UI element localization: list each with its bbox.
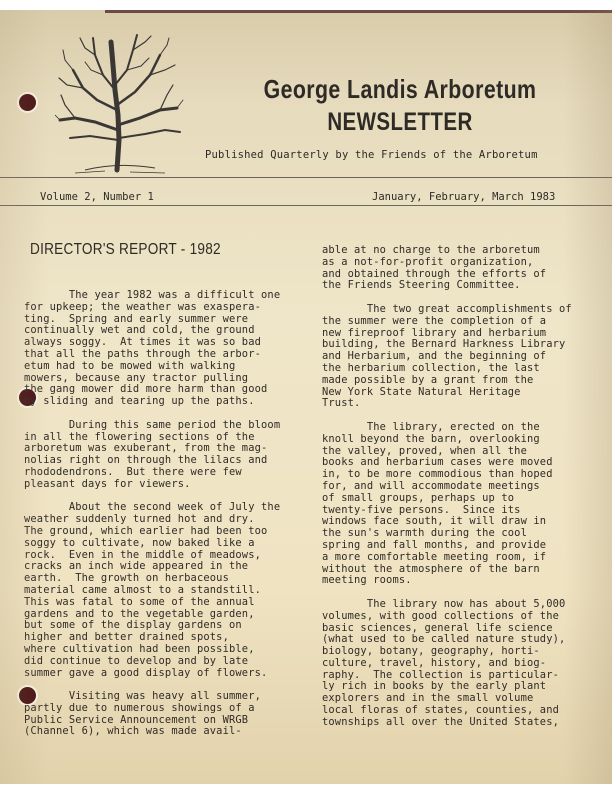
text-line: where cultivation had been possible, xyxy=(24,644,280,656)
divider-bottom xyxy=(0,205,612,206)
issue-volume: Volume 2, Number 1 xyxy=(40,191,154,203)
article-paragraph: able at no charge to the arboretumas a n… xyxy=(322,245,572,292)
text-line: Trust. xyxy=(322,398,572,410)
text-line: the summer were the completion of a xyxy=(322,316,572,328)
text-line: During this same period the bloom xyxy=(24,420,280,432)
text-line: did continue to develop and by late xyxy=(24,656,280,668)
text-line: This was fatal to some of the annual xyxy=(24,597,280,609)
bare-tree-icon xyxy=(55,30,185,180)
newsletter-title: NEWSLETTER xyxy=(236,108,564,137)
text-line: knoll beyond the barn, overlooking xyxy=(322,434,572,446)
text-line: material came almost to a standstill. xyxy=(24,585,280,597)
issue-date: January, February, March 1983 xyxy=(372,191,555,203)
masthead-subtitle: Published Quarterly by the Friends of th… xyxy=(205,149,538,161)
text-line: townships all over the United States, xyxy=(322,717,572,729)
text-line: the herbarium collection, the last xyxy=(322,363,572,375)
divider-top xyxy=(0,177,612,178)
text-line: meeting rooms. xyxy=(322,575,572,587)
text-line: The library, erected on the xyxy=(322,422,572,434)
article-paragraph: The library now has about 5,000volumes, … xyxy=(322,599,572,729)
text-line: etum had to be mowed with walking xyxy=(24,361,280,373)
text-line: of small groups, perhaps up to xyxy=(322,493,572,505)
text-line: The library now has about 5,000 xyxy=(322,599,572,611)
text-line: that all the paths through the arbor- xyxy=(24,349,280,361)
text-line: soggy to cultivate, now baked like a xyxy=(24,538,280,550)
article-paragraph: About the second week of July theweather… xyxy=(24,502,280,679)
article-right-column: able at no charge to the arboretumas a n… xyxy=(322,245,572,740)
text-line: pleasant days for viewers. xyxy=(24,479,280,491)
text-line: volumes, with good collections of the xyxy=(322,611,572,623)
article-paragraph: The year 1982 was a difficult onefor upk… xyxy=(24,290,280,408)
article-paragraph: The library, erected on theknoll beyond … xyxy=(322,422,572,587)
text-line: by sliding and tearing up the paths. xyxy=(24,396,280,408)
text-line: partly due to numerous showings of a xyxy=(24,703,280,715)
text-line: spring and fall months, and provide xyxy=(322,540,572,552)
article-paragraph: The two great accomplishments ofthe summ… xyxy=(322,304,572,410)
text-line: The ground, which earlier had been too xyxy=(24,526,280,538)
text-line: the Friends Steering Committee. xyxy=(322,280,572,292)
article-paragraph: Visiting was heavy all summer,partly due… xyxy=(24,691,280,738)
text-line: as a not-for-profit organization, xyxy=(322,257,572,269)
article-paragraph: During this same period the bloomin all … xyxy=(24,420,280,491)
text-line: a more comfortable meeting room, if xyxy=(322,552,572,564)
article-heading: DIRECTOR'S REPORT - 1982 xyxy=(30,241,221,259)
newsletter-page: George Landis Arboretum NEWSLETTER Publi… xyxy=(0,10,612,784)
text-line: made possible by a grant from the xyxy=(322,375,572,387)
text-line: The two great accomplishments of xyxy=(322,304,572,316)
page-top-edge xyxy=(105,10,612,13)
punch-hole-icon xyxy=(19,94,36,111)
text-line: (Channel 6), which was made avail- xyxy=(24,726,280,738)
text-line: for upkeep; the weather was exaspera- xyxy=(24,302,280,314)
org-title: George Landis Arboretum xyxy=(236,74,564,105)
text-line: rhododendrons. But there were few xyxy=(24,467,280,479)
article-left-column: The year 1982 was a difficult onefor upk… xyxy=(24,290,280,750)
text-line: for, and will accommodate meetings xyxy=(322,481,572,493)
text-line: culture, travel, history, and biog- xyxy=(322,658,572,670)
text-line: summer gave a good display of flowers. xyxy=(24,668,280,680)
